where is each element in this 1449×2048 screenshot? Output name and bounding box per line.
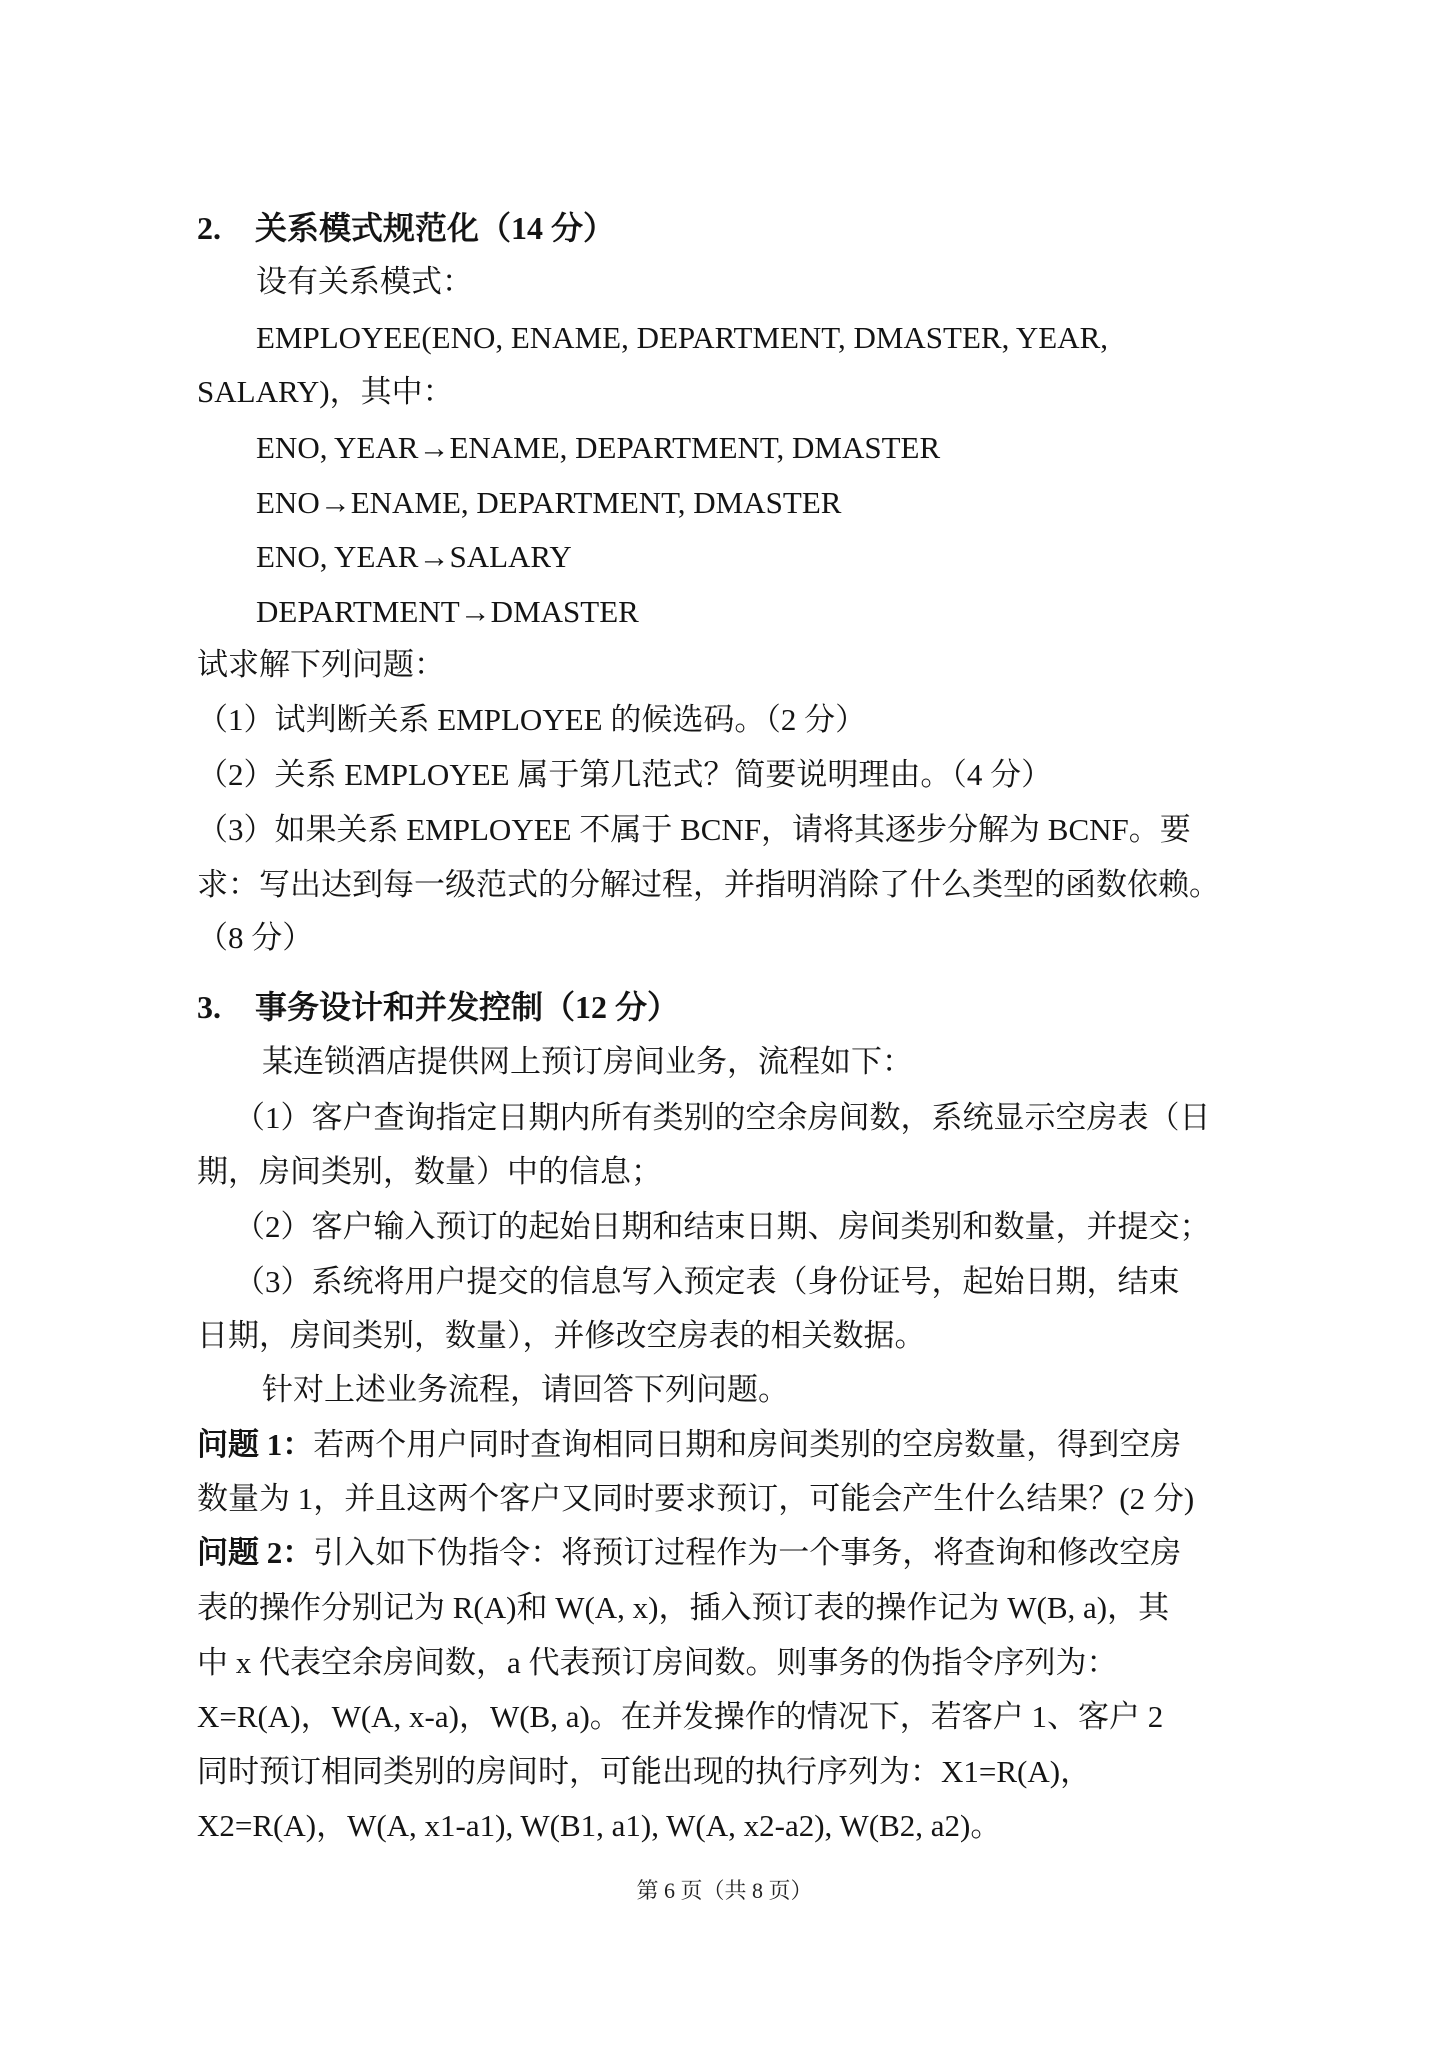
process-step: 期，房间类别，数量）中的信息； [197,1152,662,1192]
question-2-line-1: 问题 2：引入如下伪指令：将预订过程作为一个事务，将查询和修改空房 [197,1533,1181,1573]
question-2-line-6: X2=R(A)，W(A, x1-a1), W(B1, a1), W(A, x2-… [197,1806,1001,1846]
question-item: （8 分） [197,918,313,958]
question-item: （3）如果关系 EMPLOYEE 不属于 BCNF，请将其逐步分解为 BCNF。… [197,810,1191,850]
question-2-line-2: 表的操作分别记为 R(A)和 W(A, x)，插入预订表的操作记为 W(B, a… [197,1588,1169,1628]
question-item: （2）关系 EMPLOYEE 属于第几范式？简要说明理由。（4 分） [197,755,1052,795]
question-2-line-5: 同时预订相同类别的房间时，可能出现的执行序列为：X1=R(A)， [197,1752,1091,1792]
process-step: （2）客户输入预订的起始日期和结束日期、房间类别和数量，并提交； [234,1207,1211,1247]
functional-dependency: ENO, YEAR→SALARY [256,537,572,577]
section-3-number: 3. [197,987,255,1027]
question-1-text: 若两个用户同时查询相同日期和房间类别的空房数量，得到空房 [313,1427,1181,1462]
question-1-line-2: 数量为 1，并且这两个客户又同时要求预订，可能会产生什么结果？(2 分) [197,1479,1194,1519]
section-2-number: 2. [197,208,255,248]
question-2-line-4: X=R(A)，W(A, x-a)，W(B, a)。在并发操作的情况下，若客户 1… [197,1697,1163,1737]
functional-dependency: ENO→ENAME, DEPARTMENT, DMASTER [256,483,841,523]
section-3-intro: 某连锁酒店提供网上预订房间业务，流程如下： [262,1042,913,1082]
functional-dependency: ENO, YEAR→ENAME, DEPARTMENT, DMASTER [256,428,940,468]
question-1-line-1: 问题 1：若两个用户同时查询相同日期和房间类别的空房数量，得到空房 [197,1425,1181,1465]
question-2-line-3: 中 x 代表空余房间数，a 代表预订房间数。则事务的伪指令序列为： [197,1643,1118,1683]
schema-line-2: SALARY)，其中： [197,372,454,412]
page-number-footer: 第 6 页（共 8 页） [0,1874,1449,1905]
questions-prompt: 试求解下列问题： [197,645,445,685]
question-1-label: 问题 1： [197,1427,313,1462]
section-2-title: 关系模式规范化（14 分） [255,210,615,246]
question-2-text: 引入如下伪指令：将预订过程作为一个事务，将查询和修改空房 [313,1535,1181,1570]
exam-page: 2.关系模式规范化（14 分） 设有关系模式： EMPLOYEE(ENO, EN… [0,0,1449,2048]
question-2-label: 问题 2： [197,1535,313,1570]
question-item: 求：写出达到每一级范式的分解过程，并指明消除了什么类型的函数依赖。 [197,865,1220,905]
functional-dependency: DEPARTMENT→DMASTER [256,592,639,632]
section-3-heading: 3.事务设计和并发控制（12 分） [197,987,679,1027]
process-step: （3）系统将用户提交的信息写入预定表（身份证号，起始日期，结束 [234,1262,1180,1302]
section-2-heading: 2.关系模式规范化（14 分） [197,208,615,248]
question-item: （1）试判断关系 EMPLOYEE 的候选码。（2 分） [197,700,866,740]
schema-line-1: EMPLOYEE(ENO, ENAME, DEPARTMENT, DMASTER… [256,318,1108,358]
section-2-intro: 设有关系模式： [256,262,473,302]
section-3-title: 事务设计和并发控制（12 分） [255,989,679,1025]
process-step: 日期，房间类别，数量），并修改空房表的相关数据。 [197,1316,926,1356]
answer-prompt: 针对上述业务流程，请回答下列问题。 [262,1370,789,1410]
process-step: （1）客户查询指定日期内所有类别的空余房间数，系统显示空房表（日 [234,1098,1211,1138]
